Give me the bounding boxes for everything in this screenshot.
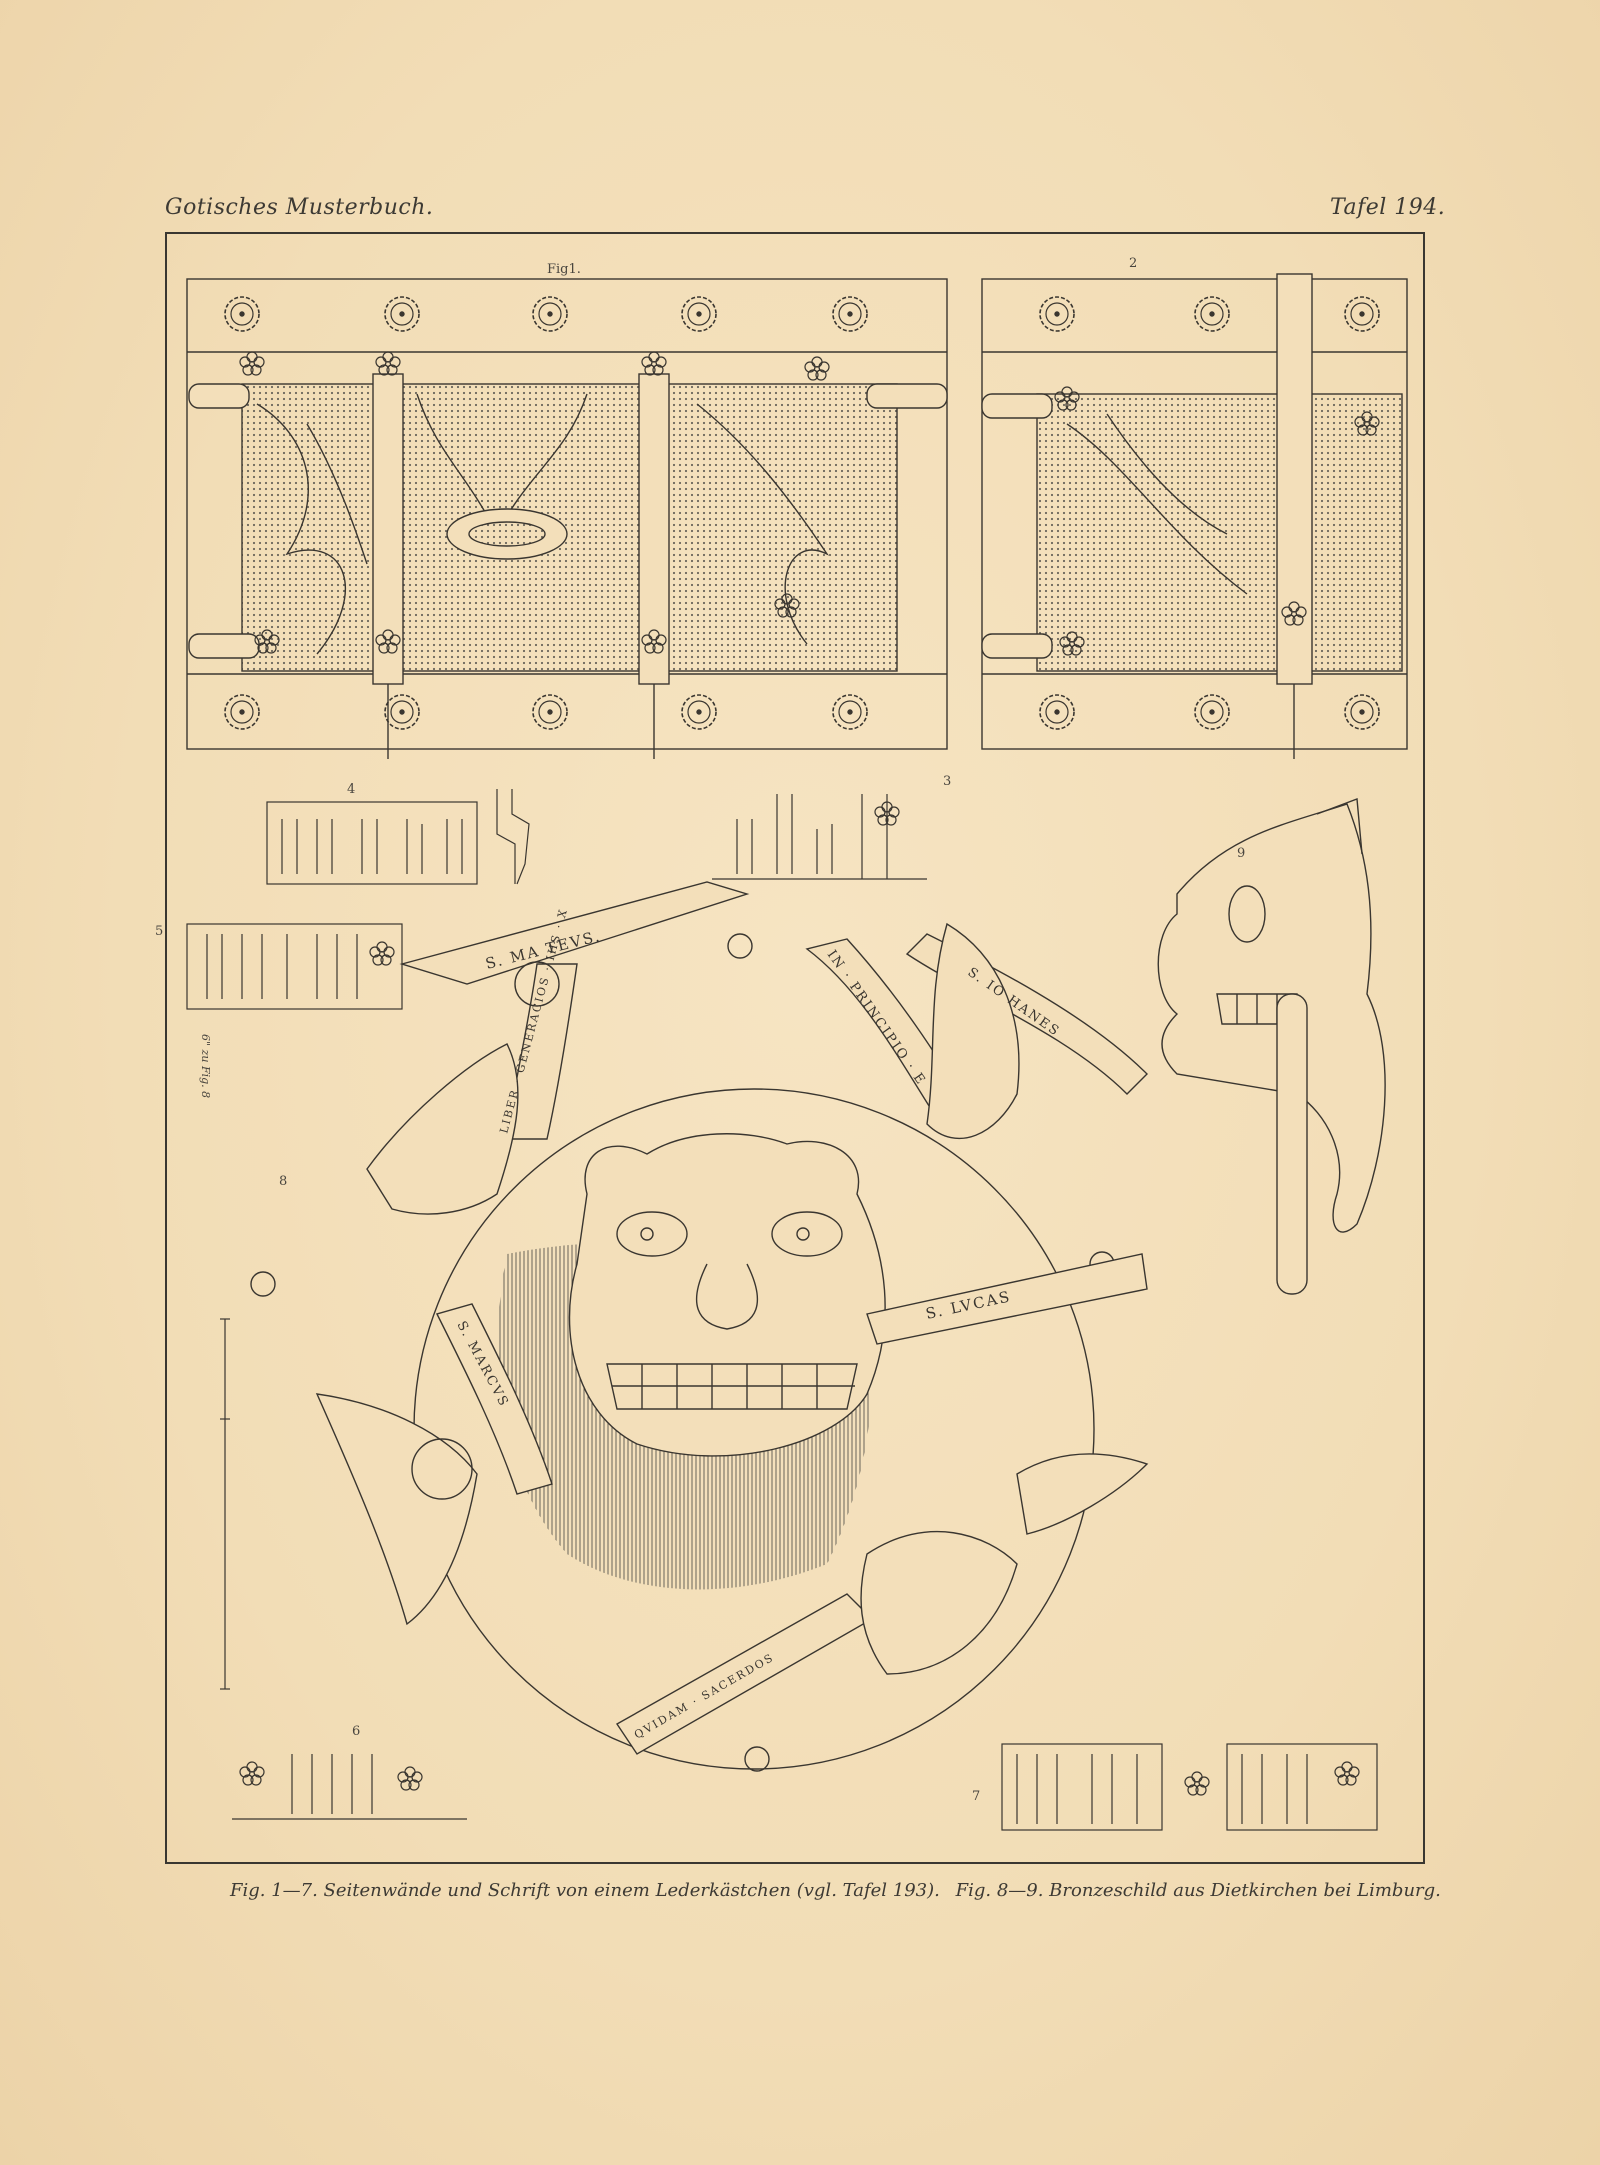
- figure-3-lettering: [712, 794, 927, 879]
- inscription-john-scroll: IN · PRINCIPIO · E: [824, 948, 929, 1089]
- scale-reference: zu Fig. 8: [199, 1050, 212, 1099]
- plate-number: Tafel 194.: [1330, 195, 1445, 220]
- figure-4-label: 4: [347, 782, 355, 797]
- figure-6-lettering: [232, 1754, 467, 1819]
- plate-illustration: S. MA TEVS. LIBER · GENERACIOS · IHS · X…: [167, 234, 1427, 1866]
- figure-7-lettering: [1002, 1744, 1377, 1830]
- figure-5-lettering: [187, 924, 402, 1009]
- figure-7-label: 7: [972, 1789, 980, 1804]
- figure-4-lettering: [267, 789, 529, 884]
- figure-5-label: 5: [155, 924, 163, 939]
- scale-bar: [220, 1319, 230, 1689]
- plate-frame: S. MA TEVS. LIBER · GENERACIOS · IHS · X…: [165, 232, 1425, 1864]
- figure-2-side-wall: [982, 274, 1407, 759]
- figure-8-label: 8: [279, 1174, 287, 1189]
- caption-figures-1-7: Fig. 1—7. Seitenwände und Schrift von ei…: [230, 1880, 940, 1901]
- figure-2-label: 2: [1129, 256, 1137, 271]
- figure-1-label: Fig1.: [547, 262, 581, 277]
- figure-6-label: 6: [352, 1724, 360, 1739]
- scale-label: 6" zu Fig. 8: [199, 1034, 212, 1098]
- figure-8-bronze-shield: [251, 882, 1147, 1771]
- figure-3-label: 3: [943, 774, 951, 789]
- figure-1-side-wall: [187, 279, 947, 759]
- caption-figures-8-9: Fig. 8—9. Bronzeschild aus Dietkirchen b…: [956, 1880, 1441, 1901]
- figure-9-lion-head: [1158, 799, 1385, 1294]
- figure-9-label: 9: [1237, 846, 1245, 861]
- plate-caption: Fig. 1—7. Seitenwände und Schrift von ei…: [230, 1880, 1451, 1901]
- running-head-title: Gotisches Musterbuch.: [165, 195, 433, 220]
- scale-value: 6": [199, 1034, 212, 1046]
- inscription-luke-scroll: QVIDAM · SACERDOS: [632, 1651, 777, 1742]
